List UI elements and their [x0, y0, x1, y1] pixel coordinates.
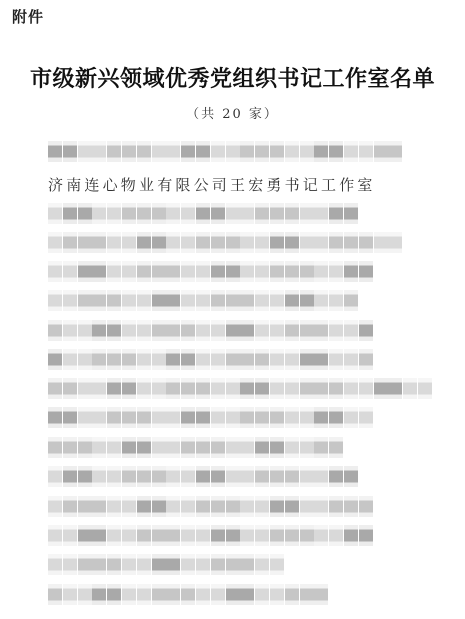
- redaction-block: [78, 584, 92, 605]
- redaction-block: [226, 378, 240, 399]
- redaction-block: [107, 554, 121, 575]
- redaction-block: [122, 466, 136, 487]
- redaction-block: [122, 203, 136, 224]
- redaction-block: [211, 320, 225, 341]
- redaction-block: [48, 378, 62, 399]
- redaction-block: [78, 437, 92, 458]
- redaction-block: [48, 320, 62, 341]
- redaction-block: [63, 554, 77, 575]
- redaction-block: [344, 320, 358, 341]
- redaction-block: [152, 290, 166, 311]
- redaction-block: [196, 437, 210, 458]
- redaction-block: [285, 437, 299, 458]
- redaction-block: [196, 203, 210, 224]
- redaction-block: [285, 203, 299, 224]
- redacted-entry: [48, 232, 403, 253]
- redaction-block: [226, 203, 240, 224]
- redaction-block: [255, 261, 269, 282]
- redaction-block: [92, 407, 106, 428]
- redaction-block: [166, 554, 180, 575]
- redaction-block: [255, 290, 269, 311]
- redaction-block: [344, 290, 358, 311]
- redaction-block: [226, 320, 240, 341]
- redaction-block: [122, 407, 136, 428]
- redaction-block: [166, 525, 180, 546]
- redaction-block: [314, 407, 328, 428]
- redaction-block: [152, 349, 166, 370]
- redaction-block: [92, 584, 106, 605]
- redaction-block: [166, 261, 180, 282]
- redaction-block: [329, 203, 343, 224]
- redaction-block: [240, 290, 254, 311]
- redaction-block: [270, 466, 284, 487]
- redaction-block: [211, 261, 225, 282]
- redacted-entry: [48, 496, 374, 517]
- redaction-block: [107, 407, 121, 428]
- redaction-block: [48, 261, 62, 282]
- redaction-block: [107, 320, 121, 341]
- redaction-block: [196, 261, 210, 282]
- redaction-block: [211, 378, 225, 399]
- redaction-block: [300, 349, 314, 370]
- redaction-block: [152, 261, 166, 282]
- redaction-block: [78, 261, 92, 282]
- redaction-block: [48, 466, 62, 487]
- redaction-block: [240, 203, 254, 224]
- redaction-block: [344, 232, 358, 253]
- redaction-block: [181, 466, 195, 487]
- redaction-block: [181, 261, 195, 282]
- redaction-block: [329, 232, 343, 253]
- redacted-entry: [48, 141, 403, 162]
- redaction-block: [211, 203, 225, 224]
- redaction-block: [181, 584, 195, 605]
- redaction-block: [270, 525, 284, 546]
- document-title: 市级新兴领域优秀党组织书记工作室名单: [0, 62, 465, 93]
- redaction-block: [314, 349, 328, 370]
- redaction-block: [255, 525, 269, 546]
- redaction-block: [196, 141, 210, 162]
- redaction-block: [285, 141, 299, 162]
- redaction-block: [270, 496, 284, 517]
- redaction-block: [300, 232, 314, 253]
- redaction-block: [211, 554, 225, 575]
- redaction-block: [255, 320, 269, 341]
- redaction-block: [300, 407, 314, 428]
- redaction-block: [211, 141, 225, 162]
- redaction-block: [137, 407, 151, 428]
- redaction-block: [122, 290, 136, 311]
- redaction-block: [300, 261, 314, 282]
- redaction-block: [63, 203, 77, 224]
- redaction-block: [270, 141, 284, 162]
- redaction-block: [344, 261, 358, 282]
- redaction-block: [226, 261, 240, 282]
- redaction-block: [255, 378, 269, 399]
- redaction-block: [300, 437, 314, 458]
- redaction-block: [211, 407, 225, 428]
- redaction-block: [78, 141, 92, 162]
- redaction-block: [63, 466, 77, 487]
- redaction-block: [344, 349, 358, 370]
- redaction-block: [63, 349, 77, 370]
- redaction-block: [374, 232, 388, 253]
- redaction-block: [255, 203, 269, 224]
- redacted-entry: [48, 320, 374, 341]
- redaction-block: [344, 141, 358, 162]
- redaction-block: [107, 203, 121, 224]
- redaction-block: [137, 232, 151, 253]
- redaction-block: [63, 261, 77, 282]
- redaction-block: [196, 320, 210, 341]
- redaction-block: [166, 466, 180, 487]
- redaction-block: [92, 232, 106, 253]
- redaction-block: [226, 584, 240, 605]
- redacted-entry: [48, 378, 433, 399]
- redaction-block: [285, 407, 299, 428]
- redaction-block: [63, 320, 77, 341]
- redaction-block: [314, 141, 328, 162]
- redaction-block: [152, 141, 166, 162]
- redaction-block: [122, 320, 136, 341]
- redaction-block: [122, 525, 136, 546]
- redaction-block: [255, 554, 269, 575]
- redaction-block: [300, 203, 314, 224]
- redaction-block: [314, 466, 328, 487]
- redaction-block: [270, 378, 284, 399]
- redaction-block: [285, 320, 299, 341]
- redaction-block: [255, 437, 269, 458]
- redaction-block: [92, 437, 106, 458]
- redaction-block: [181, 378, 195, 399]
- redaction-block: [48, 496, 62, 517]
- redaction-block: [137, 554, 151, 575]
- redaction-block: [240, 349, 254, 370]
- redaction-block: [359, 378, 373, 399]
- redaction-block: [359, 141, 373, 162]
- redaction-block: [48, 349, 62, 370]
- redaction-block: [107, 496, 121, 517]
- redaction-block: [107, 584, 121, 605]
- redaction-block: [226, 496, 240, 517]
- redaction-block: [374, 378, 388, 399]
- redaction-block: [152, 232, 166, 253]
- redaction-block: [240, 496, 254, 517]
- redaction-block: [196, 584, 210, 605]
- redaction-block: [181, 496, 195, 517]
- redaction-block: [78, 407, 92, 428]
- redaction-block: [255, 349, 269, 370]
- redaction-block: [226, 232, 240, 253]
- redaction-block: [78, 290, 92, 311]
- redaction-block: [196, 290, 210, 311]
- redaction-block: [285, 261, 299, 282]
- redaction-block: [240, 320, 254, 341]
- redaction-block: [48, 290, 62, 311]
- redaction-block: [78, 496, 92, 517]
- redaction-block: [359, 349, 373, 370]
- redaction-block: [270, 203, 284, 224]
- redaction-block: [314, 203, 328, 224]
- redaction-block: [107, 349, 121, 370]
- redaction-block: [211, 525, 225, 546]
- redaction-block: [181, 232, 195, 253]
- redaction-block: [255, 496, 269, 517]
- redaction-block: [181, 525, 195, 546]
- redaction-block: [329, 437, 343, 458]
- redaction-block: [196, 407, 210, 428]
- redacted-entry: [48, 525, 374, 546]
- redaction-block: [107, 437, 121, 458]
- redaction-block: [359, 525, 373, 546]
- redaction-block: [211, 466, 225, 487]
- redaction-block: [137, 437, 151, 458]
- redacted-entry: [48, 261, 374, 282]
- redaction-block: [344, 203, 358, 224]
- redaction-block: [63, 378, 77, 399]
- redaction-block: [137, 349, 151, 370]
- redaction-block: [63, 584, 77, 605]
- redaction-block: [240, 232, 254, 253]
- redaction-block: [63, 407, 77, 428]
- redaction-block: [137, 203, 151, 224]
- redaction-block: [181, 407, 195, 428]
- redaction-block: [329, 466, 343, 487]
- redaction-block: [166, 203, 180, 224]
- redaction-block: [107, 232, 121, 253]
- redaction-block: [314, 584, 328, 605]
- redaction-block: [92, 378, 106, 399]
- redaction-block: [344, 407, 358, 428]
- redaction-block: [240, 378, 254, 399]
- redaction-block: [211, 584, 225, 605]
- redaction-block: [240, 554, 254, 575]
- redaction-block: [314, 525, 328, 546]
- redaction-block: [181, 437, 195, 458]
- redaction-block: [344, 525, 358, 546]
- redaction-block: [285, 525, 299, 546]
- redaction-block: [329, 525, 343, 546]
- redaction-block: [211, 232, 225, 253]
- redaction-block: [48, 141, 62, 162]
- redaction-block: [196, 378, 210, 399]
- redaction-block: [137, 496, 151, 517]
- redaction-block: [226, 290, 240, 311]
- redaction-block: [122, 141, 136, 162]
- redaction-block: [270, 554, 284, 575]
- redaction-block: [122, 261, 136, 282]
- redaction-block: [181, 203, 195, 224]
- redaction-block: [359, 496, 373, 517]
- redaction-block: [107, 261, 121, 282]
- redaction-block: [166, 496, 180, 517]
- redaction-block: [344, 466, 358, 487]
- redaction-block: [92, 525, 106, 546]
- redacted-entry: [48, 437, 344, 458]
- studio-entry: 济南连心物业有限公司王宏勇书记工作室: [48, 175, 376, 196]
- redaction-block: [78, 320, 92, 341]
- redaction-block: [92, 203, 106, 224]
- redaction-block: [137, 378, 151, 399]
- redaction-block: [403, 378, 417, 399]
- redaction-block: [240, 141, 254, 162]
- redaction-block: [359, 232, 373, 253]
- redaction-block: [255, 407, 269, 428]
- redaction-block: [240, 525, 254, 546]
- redaction-block: [137, 141, 151, 162]
- redaction-block: [122, 378, 136, 399]
- redaction-block: [240, 466, 254, 487]
- redaction-block: [63, 232, 77, 253]
- redaction-block: [166, 437, 180, 458]
- redaction-block: [137, 290, 151, 311]
- redaction-block: [196, 232, 210, 253]
- redaction-block: [181, 141, 195, 162]
- redaction-block: [166, 407, 180, 428]
- redaction-block: [329, 378, 343, 399]
- redaction-block: [137, 584, 151, 605]
- redaction-block: [48, 407, 62, 428]
- redaction-block: [92, 554, 106, 575]
- redaction-block: [211, 290, 225, 311]
- redacted-entry: [48, 203, 359, 224]
- redaction-block: [285, 290, 299, 311]
- redaction-block: [48, 525, 62, 546]
- redaction-block: [152, 554, 166, 575]
- redaction-block: [418, 378, 432, 399]
- redaction-block: [166, 349, 180, 370]
- redaction-block: [78, 525, 92, 546]
- redaction-block: [48, 437, 62, 458]
- redaction-block: [300, 320, 314, 341]
- redaction-block: [107, 378, 121, 399]
- redaction-block: [240, 584, 254, 605]
- redaction-block: [152, 496, 166, 517]
- redaction-block: [92, 466, 106, 487]
- redaction-block: [78, 232, 92, 253]
- redaction-block: [314, 378, 328, 399]
- redaction-block: [166, 141, 180, 162]
- redacted-entry: [48, 466, 359, 487]
- redaction-block: [122, 496, 136, 517]
- redaction-block: [329, 496, 343, 517]
- redaction-block: [388, 232, 402, 253]
- redaction-block: [166, 584, 180, 605]
- redaction-block: [166, 320, 180, 341]
- redaction-block: [285, 584, 299, 605]
- redaction-block: [196, 525, 210, 546]
- redaction-block: [196, 554, 210, 575]
- redaction-block: [152, 437, 166, 458]
- redaction-block: [181, 554, 195, 575]
- redaction-block: [92, 141, 106, 162]
- redaction-block: [107, 466, 121, 487]
- redaction-block: [388, 141, 402, 162]
- redaction-block: [181, 349, 195, 370]
- redaction-block: [388, 378, 402, 399]
- redaction-block: [329, 290, 343, 311]
- redaction-block: [137, 525, 151, 546]
- redaction-block: [226, 437, 240, 458]
- redaction-block: [255, 584, 269, 605]
- redaction-block: [359, 320, 373, 341]
- redaction-block: [300, 378, 314, 399]
- redaction-block: [240, 407, 254, 428]
- redaction-block: [374, 141, 388, 162]
- redaction-block: [314, 261, 328, 282]
- redaction-block: [270, 261, 284, 282]
- redaction-block: [270, 290, 284, 311]
- redaction-block: [152, 203, 166, 224]
- redacted-entry: [48, 584, 329, 605]
- redaction-block: [181, 290, 195, 311]
- attachment-label: 附件: [12, 6, 44, 27]
- redaction-block: [329, 261, 343, 282]
- redaction-block: [78, 554, 92, 575]
- redaction-block: [211, 496, 225, 517]
- redaction-block: [63, 496, 77, 517]
- redaction-block: [285, 496, 299, 517]
- redaction-block: [255, 466, 269, 487]
- redaction-block: [211, 437, 225, 458]
- redaction-block: [344, 496, 358, 517]
- redaction-block: [92, 261, 106, 282]
- redaction-block: [48, 554, 62, 575]
- redaction-block: [314, 320, 328, 341]
- redaction-block: [137, 466, 151, 487]
- redaction-block: [255, 141, 269, 162]
- redaction-block: [78, 203, 92, 224]
- document-subtitle: （共 20 家）: [0, 103, 465, 122]
- redaction-block: [285, 232, 299, 253]
- redaction-block: [359, 407, 373, 428]
- redaction-block: [48, 203, 62, 224]
- redaction-block: [300, 141, 314, 162]
- redaction-block: [152, 407, 166, 428]
- redaction-block: [314, 290, 328, 311]
- redaction-block: [226, 525, 240, 546]
- redaction-block: [152, 320, 166, 341]
- redaction-block: [270, 232, 284, 253]
- redaction-block: [314, 437, 328, 458]
- redaction-block: [181, 320, 195, 341]
- redaction-block: [240, 437, 254, 458]
- redaction-block: [226, 349, 240, 370]
- redaction-block: [107, 525, 121, 546]
- redaction-block: [92, 290, 106, 311]
- redaction-block: [329, 320, 343, 341]
- redaction-block: [226, 141, 240, 162]
- redaction-block: [300, 525, 314, 546]
- redaction-block: [107, 141, 121, 162]
- redaction-block: [166, 232, 180, 253]
- redaction-block: [78, 466, 92, 487]
- redaction-block: [166, 378, 180, 399]
- redaction-block: [122, 554, 136, 575]
- redaction-block: [285, 349, 299, 370]
- redaction-block: [270, 407, 284, 428]
- redaction-block: [152, 584, 166, 605]
- redacted-entry: [48, 407, 374, 428]
- redaction-block: [329, 141, 343, 162]
- redaction-block: [152, 378, 166, 399]
- redaction-block: [152, 466, 166, 487]
- redaction-block: [300, 496, 314, 517]
- redaction-block: [226, 554, 240, 575]
- redaction-block: [63, 437, 77, 458]
- redaction-block: [300, 466, 314, 487]
- redaction-block: [359, 261, 373, 282]
